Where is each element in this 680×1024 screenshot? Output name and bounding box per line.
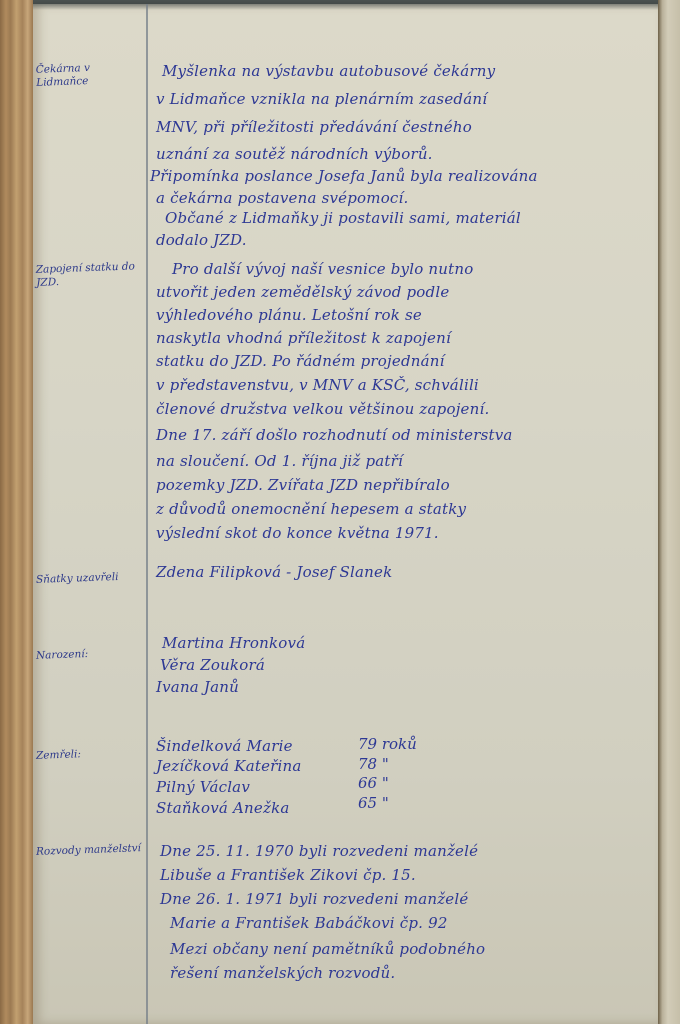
- text-line: Mezi občany není pamětníků podobného: [170, 940, 485, 958]
- text-line: Připomínka poslance Josefa Janů byla rea…: [150, 167, 538, 185]
- book-spine: [0, 0, 33, 1024]
- text-line: Myšlenka na výstavbu autobusové čekárny: [162, 62, 495, 80]
- text-line: MNV, při příležitosti předávání čestného: [156, 118, 472, 136]
- text-line: pozemky JZD. Zvířata JZD nepřibíralo: [156, 476, 450, 494]
- text-line: a čekárna postavena svépomocí.: [156, 189, 409, 207]
- text-line: výslední skot do konce května 1971.: [156, 524, 439, 542]
- text-line: Zdena Filipková - Josef Slanek: [156, 563, 392, 581]
- text-line: utvořit jeden zemědělský závod podle: [156, 283, 449, 301]
- text-line: v představenstvu, v MNV a KSČ, schválili: [156, 376, 479, 394]
- age-value: 78 ": [358, 755, 389, 773]
- text-line: v Lidmaňce vznikla na plenárním zasedání: [156, 90, 487, 108]
- text-line: Jezíčková Kateřina: [156, 757, 302, 775]
- text-line: Dne 17. září došlo rozhodnutí od ministe…: [156, 426, 513, 444]
- label-cekarna: Čekárna v Lidmaňce: [36, 60, 143, 90]
- text-line: řešení manželských rozvodů.: [170, 964, 395, 982]
- text-line: Občané z Lidmaňky ji postavili sami, mat…: [165, 209, 521, 227]
- text-line: Pro další vývoj naší vesnice bylo nutno: [172, 260, 473, 278]
- text-line: Staňková Anežka: [156, 799, 290, 817]
- text-line: výhledového plánu. Letošní rok se: [156, 306, 422, 324]
- text-line: Dne 26. 1. 1971 byli rozvedeni manželé: [160, 890, 468, 908]
- label-zapojeni: Zapojení statku do JZD.: [36, 260, 143, 290]
- text-line: na sloučení. Od 1. října již patří: [156, 452, 403, 470]
- text-line: dodalo JZD.: [156, 231, 247, 249]
- text-line: Marie a František Babáčkovi čp. 92: [170, 914, 448, 932]
- age-value: 65 ": [358, 794, 389, 812]
- facing-page-edge: [658, 0, 680, 1024]
- margin-rule: [146, 4, 148, 1024]
- text-line: Martina Hronková: [162, 634, 305, 652]
- text-line: Dne 25. 11. 1970 byli rozvedeni manželé: [160, 842, 478, 860]
- text-line: členové družstva velkou většinou zapojen…: [156, 400, 489, 418]
- text-line: Věra Zoukorá: [160, 656, 265, 674]
- text-line: Ivana Janů: [156, 678, 239, 696]
- page-top-shadow: [33, 0, 680, 10]
- text-line: statku do JZD. Po řádném projednání: [156, 352, 445, 370]
- text-line: naskytla vhodná příležitost k zapojení: [156, 329, 451, 347]
- text-line: uznání za soutěž národních výborů.: [156, 145, 433, 163]
- text-line: z důvodů onemocnění hepesem a statky: [156, 500, 466, 518]
- text-line: Šindelková Marie: [156, 737, 293, 755]
- age-value: 79 roků: [358, 735, 417, 753]
- text-line: Pilný Václav: [156, 778, 250, 796]
- age-value: 66 ": [358, 774, 389, 792]
- text-line: Libuše a František Zikovi čp. 15.: [160, 866, 416, 884]
